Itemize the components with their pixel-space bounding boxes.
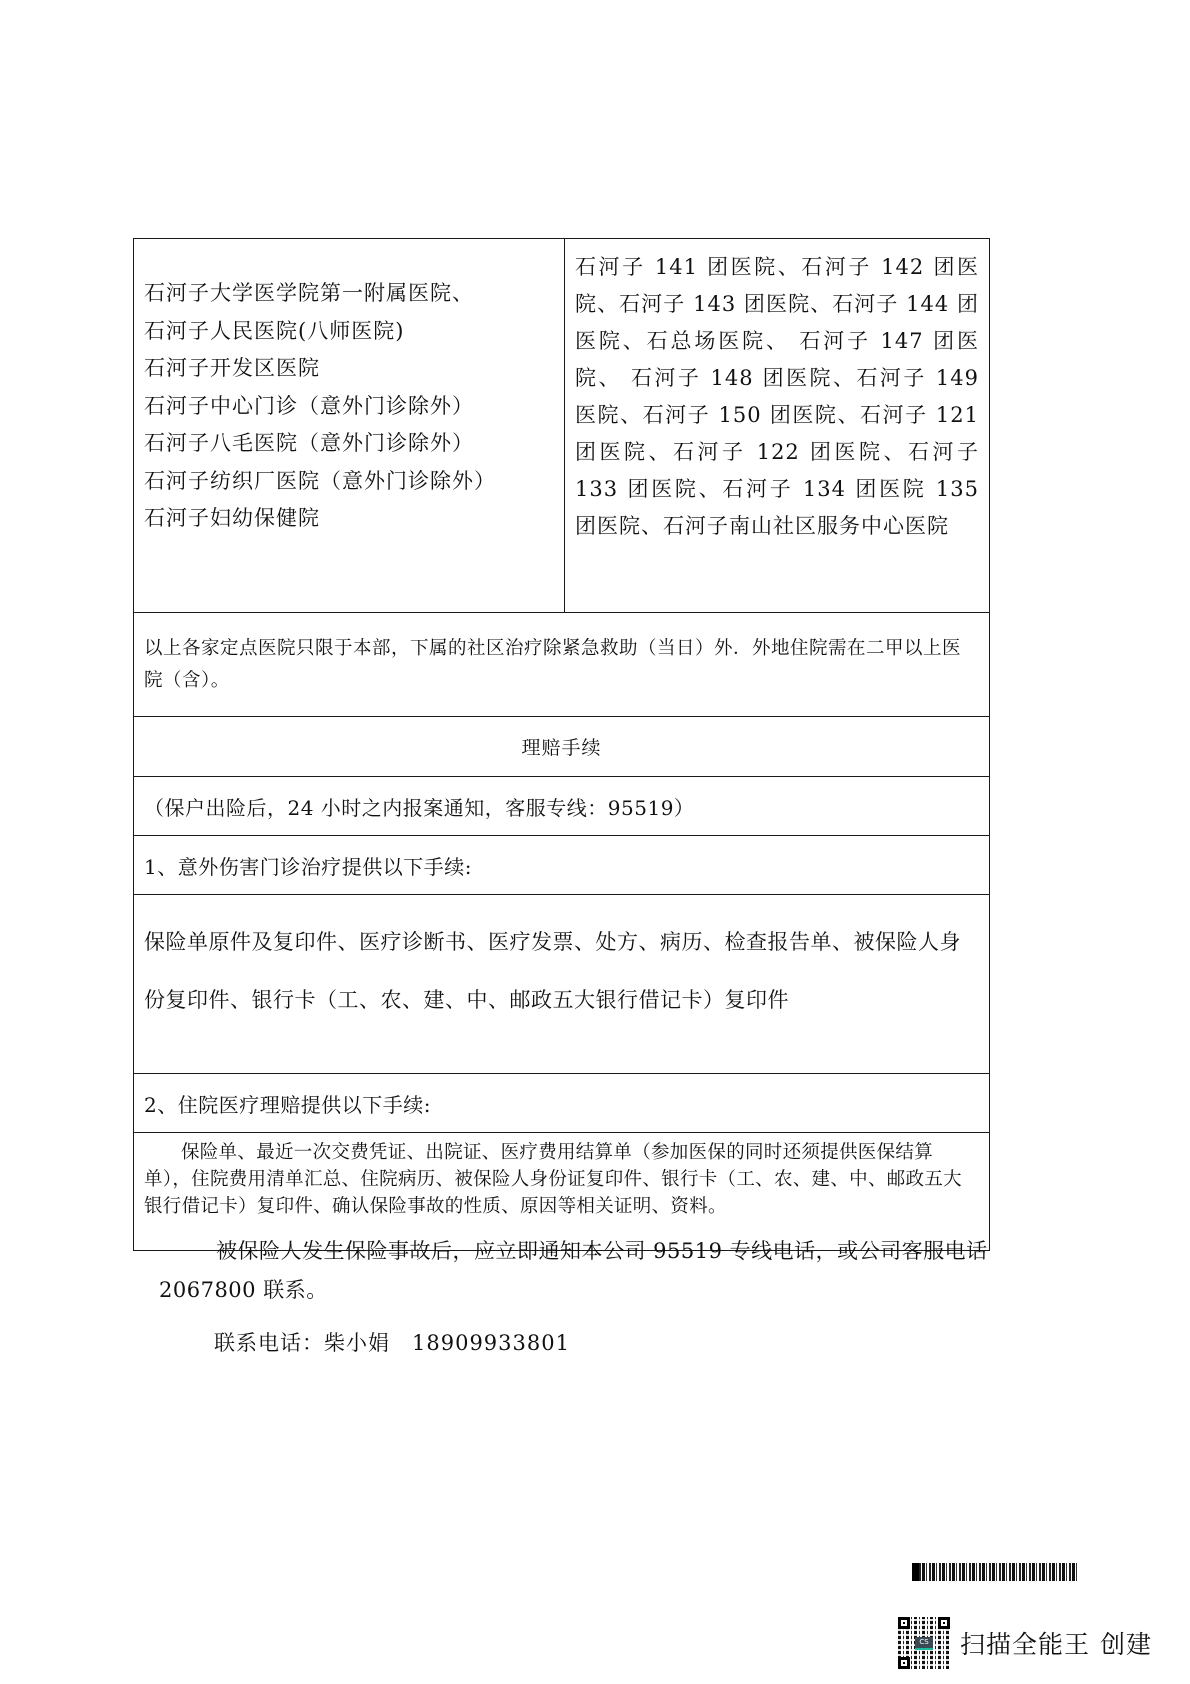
qr-finder bbox=[898, 1657, 910, 1669]
notice-cell: 以上各家定点医院只限于本部，下属的社区治疗除紧急救助（当日）外．外地住院需在二甲… bbox=[134, 613, 990, 717]
claims-heading-cell: 理赔手续 bbox=[134, 717, 990, 777]
outpatient-title-cell: 1、意外伤害门诊治疗提供以下手续: bbox=[134, 836, 990, 895]
report-note-text: （保户出险后，24 小时之内报案通知，客服专线：95519） bbox=[144, 796, 694, 820]
after-accident-text: 被保险人发生保险事故后，应立即通知本公司 95519 专线电话，或公司客服电话 … bbox=[159, 1232, 999, 1310]
hospital-item: 石河子开发区医院 bbox=[144, 350, 554, 388]
designated-hospitals-row: 石河子大学医学院第一附属医院、 石河子人民医院(八师医院) 石河子开发区医院 石… bbox=[134, 239, 990, 613]
watermark-action: 创建 bbox=[1100, 1630, 1152, 1659]
hospital-item: 石河子大学医学院第一附属医院、 bbox=[144, 275, 554, 313]
claims-heading-row: 理赔手续 bbox=[134, 717, 990, 777]
barcode-block bbox=[912, 1563, 919, 1581]
city-hospitals-cell: 石河子大学医学院第一附属医院、 石河子人民医院(八师医院) 石河子开发区医院 石… bbox=[134, 239, 565, 613]
report-note-row: （保户出险后，24 小时之内报案通知，客服专线：95519） bbox=[134, 777, 990, 836]
qr-code-icon: CS bbox=[898, 1617, 950, 1669]
contact-line: 联系电话：柴小娟18909933801 bbox=[214, 1327, 570, 1357]
regiment-hospitals-cell: 石河子 141 团医院、石河子 142 团医院、石河子 143 团医院、石河子 … bbox=[565, 239, 990, 613]
barcode-strip bbox=[912, 1563, 1077, 1581]
regiment-hospitals-text: 石河子 141 团医院、石河子 142 团医院、石河子 143 团医院、石河子 … bbox=[575, 249, 979, 545]
outpatient-title-row: 1、意外伤害门诊治疗提供以下手续: bbox=[134, 836, 990, 895]
claims-heading: 理赔手续 bbox=[521, 737, 601, 759]
outpatient-docs-cell: 保险单原件及复印件、医疗诊断书、医疗发票、处方、病历、检查报告单、被保险人身份复… bbox=[134, 895, 990, 1074]
qr-finder bbox=[898, 1617, 910, 1629]
camscanner-watermark: CS 扫描全能王创建 bbox=[898, 1617, 1152, 1669]
outpatient-title: 1、意外伤害门诊治疗提供以下手续: bbox=[144, 855, 472, 879]
report-note-cell: （保户出险后，24 小时之内报案通知，客服专线：95519） bbox=[134, 777, 990, 836]
outpatient-docs-row: 保险单原件及复印件、医疗诊断书、医疗发票、处方、病历、检查报告单、被保险人身份复… bbox=[134, 895, 990, 1074]
insurance-info-table: 石河子大学医学院第一附属医院、 石河子人民医院(八师医院) 石河子开发区医院 石… bbox=[133, 238, 990, 1251]
scanned-document-page: 石河子大学医学院第一附属医院、 石河子人民医院(八师医院) 石河子开发区医院 石… bbox=[0, 0, 1190, 1684]
outpatient-docs-text: 保险单原件及复印件、医疗诊断书、医疗发票、处方、病历、检查报告单、被保险人身份复… bbox=[144, 913, 979, 1029]
hospital-item: 石河子中心门诊（意外门诊除外） bbox=[144, 388, 554, 426]
contact-label: 联系电话：柴小娟 bbox=[214, 1331, 390, 1355]
inpatient-title: 2、住院医疗理赔提供以下手续: bbox=[144, 1093, 431, 1117]
inpatient-title-row: 2、住院医疗理赔提供以下手续: bbox=[134, 1074, 990, 1133]
hospital-item: 石河子人民医院(八师医院) bbox=[144, 313, 554, 351]
inpatient-docs-text: 保险单、最近一次交费凭证、出院证、医疗费用结算单（参加医保的同时还须提供医保结算… bbox=[144, 1139, 979, 1220]
notice-text: 以上各家定点医院只限于本部，下属的社区治疗除紧急救助（当日）外．外地住院需在二甲… bbox=[144, 633, 979, 697]
camscanner-logo-icon: CS bbox=[915, 1637, 933, 1648]
hospital-item: 石河子纺织厂医院（意外门诊除外） bbox=[144, 463, 554, 501]
after-accident-paragraph: 被保险人发生保险事故后，应立即通知本公司 95519 专线电话，或公司客服电话 … bbox=[159, 1232, 999, 1310]
hospital-item: 石河子妇幼保健院 bbox=[144, 500, 554, 538]
contact-phone: 18909933801 bbox=[412, 1331, 570, 1355]
watermark-app-name: 扫描全能王 bbox=[960, 1630, 1090, 1659]
qr-finder bbox=[938, 1617, 950, 1629]
inpatient-title-cell: 2、住院医疗理赔提供以下手续: bbox=[134, 1074, 990, 1133]
hospital-item: 石河子八毛医院（意外门诊除外） bbox=[144, 425, 554, 463]
notice-row: 以上各家定点医院只限于本部，下属的社区治疗除紧急救助（当日）外．外地住院需在二甲… bbox=[134, 613, 990, 717]
watermark-text: 扫描全能王创建 bbox=[960, 1625, 1152, 1661]
